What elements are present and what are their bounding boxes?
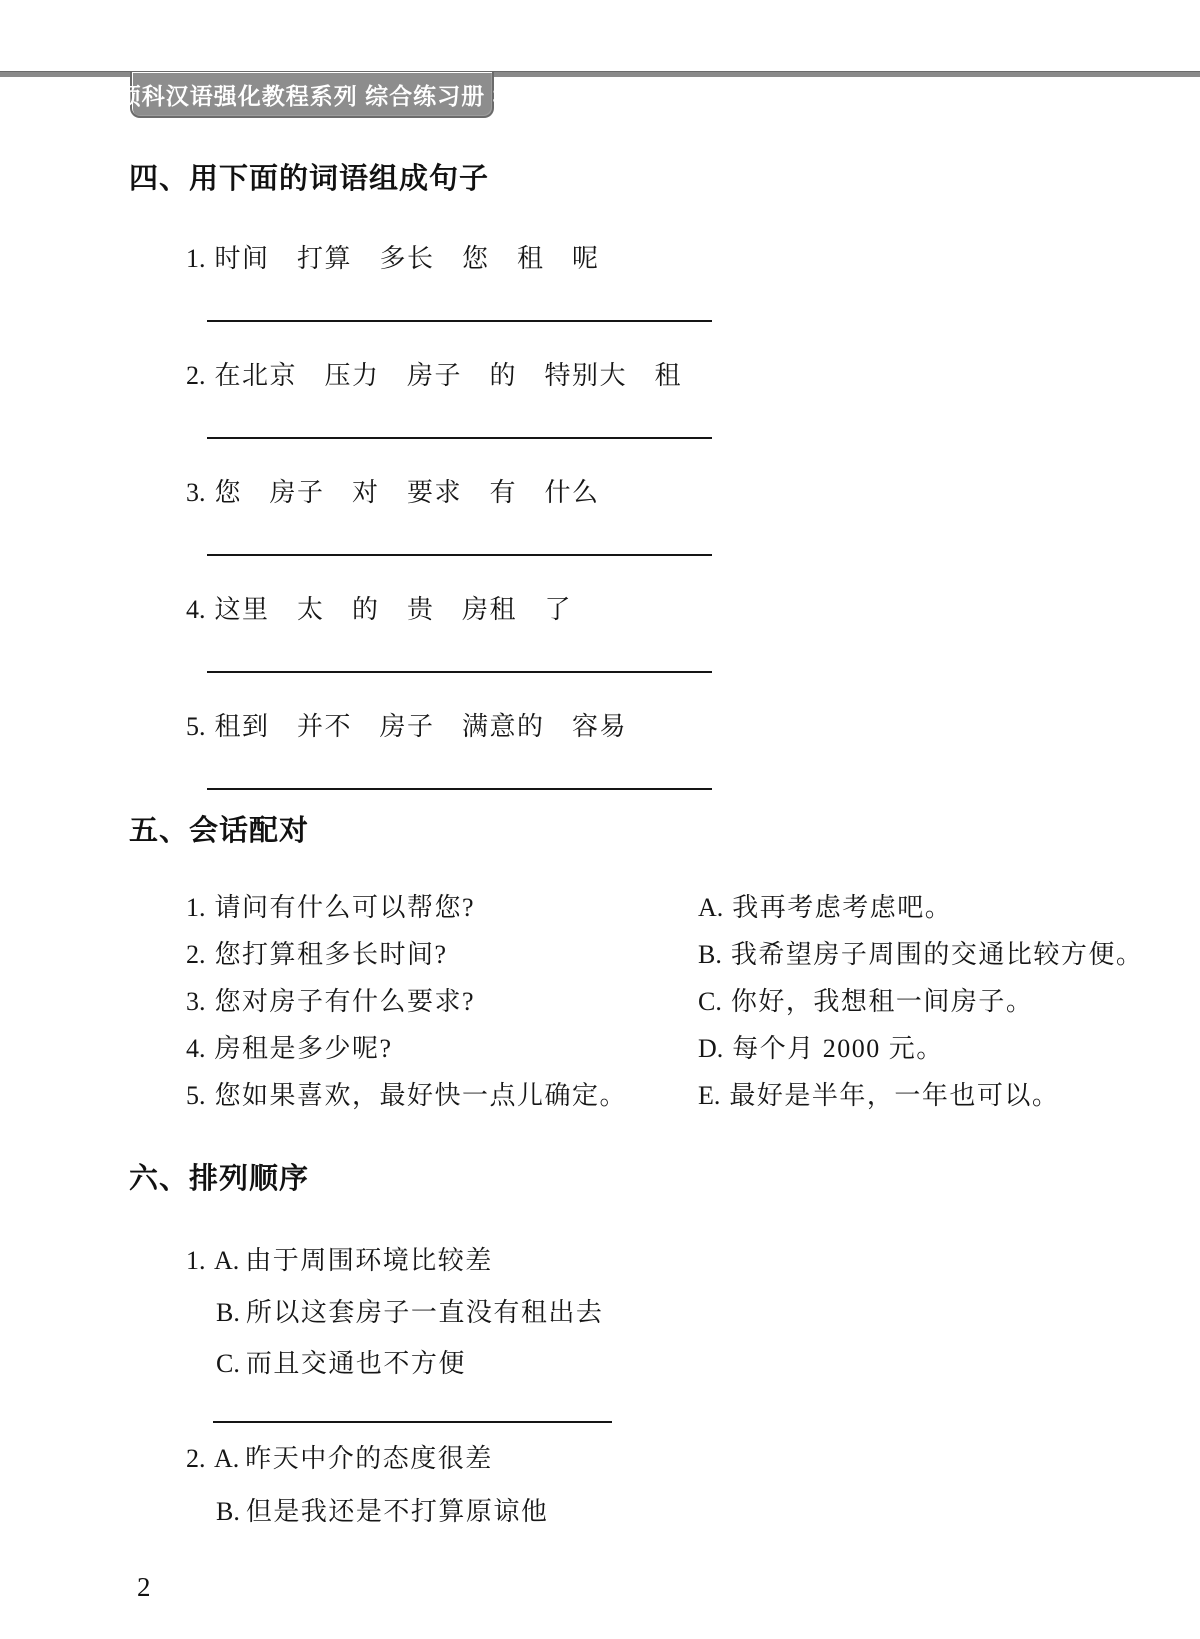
header-series-title: 预科汉语强化教程系列 综合练习册 3 [118, 78, 507, 111]
word-item-1: 1.时间 打算 多长 您 租 呢 [186, 244, 600, 274]
item-words: 时间 打算 多长 您 租 呢 [215, 244, 600, 273]
question-text: 房租是多少呢? [215, 1034, 393, 1063]
item-words: 在北京 压力 房子 的 特别大 租 [215, 361, 683, 390]
section4-title: 四、用下面的词语组成句子 [129, 164, 489, 196]
word-item-4: 4.这里 太 的 贵 房租 了 [186, 595, 572, 625]
item-number: 2. [186, 1444, 214, 1474]
match-answer-B: B.我希望房子周围的交通比较方便。 [698, 940, 1143, 970]
item-number: 4. [186, 1034, 206, 1063]
match-question-1: 1.请问有什么可以帮您? [186, 893, 475, 923]
option-letter: B. [216, 1497, 240, 1526]
sequence-item-1-line-B: B.所以这套房子一直没有租出去 [216, 1298, 603, 1328]
item-number: 2. [186, 940, 206, 969]
item-number: 2. [186, 361, 206, 390]
question-text: 您对房子有什么要求? [215, 987, 476, 1016]
match-answer-E: E.最好是半年，一年也可以。 [698, 1081, 1059, 1111]
item-number: 4. [186, 595, 206, 624]
answer-line-4 [207, 671, 712, 673]
answer-text: 每个月 2000 元。 [732, 1034, 944, 1063]
answer-line-5 [207, 788, 712, 790]
question-text: 您如果喜欢，最好快一点儿确定。 [215, 1081, 628, 1110]
sequence-item-2-line-B: B.但是我还是不打算原谅他 [216, 1497, 548, 1527]
item-number: 3. [186, 478, 206, 507]
item-letter: E. [698, 1081, 720, 1110]
item-words: 租到 并不 房子 满意的 容易 [215, 712, 628, 741]
word-item-5: 5.租到 并不 房子 满意的 容易 [186, 712, 627, 742]
item-number: 5. [186, 712, 206, 741]
option-letter: A. [214, 1444, 239, 1473]
match-answer-C: C.你好，我想租一间房子。 [698, 987, 1033, 1017]
workbook-page: 预科汉语强化教程系列 综合练习册 3 四、用下面的词语组成句子 1.时间 打算 … [0, 0, 1200, 1639]
header-series-tab: 预科汉语强化教程系列 综合练习册 3 [130, 72, 494, 118]
option-text: 而且交通也不方便 [246, 1349, 466, 1378]
item-words: 您 房子 对 要求 有 什么 [215, 478, 600, 507]
answer-text: 我再考虑考虑吧。 [732, 893, 952, 922]
answer-line-3 [207, 554, 712, 556]
option-letter: B. [216, 1298, 240, 1327]
answer-line-2 [207, 437, 712, 439]
item-number: 3. [186, 987, 206, 1016]
match-answer-D: D.每个月 2000 元。 [698, 1034, 944, 1064]
item-letter: D. [698, 1034, 723, 1063]
option-text: 但是我还是不打算原谅他 [246, 1497, 549, 1526]
option-letter: A. [214, 1246, 239, 1275]
item-words: 这里 太 的 贵 房租 了 [215, 595, 573, 624]
question-text: 请问有什么可以帮您? [215, 893, 476, 922]
match-question-5: 5.您如果喜欢，最好快一点儿确定。 [186, 1081, 627, 1111]
answer-text: 我希望房子周围的交通比较方便。 [731, 940, 1144, 969]
answer-line-1 [207, 320, 712, 322]
section6-title: 六、排列顺序 [129, 1164, 309, 1196]
question-text: 您打算租多长时间? [215, 940, 448, 969]
option-text: 由于周围环境比较差 [245, 1246, 493, 1275]
word-item-2: 2.在北京 压力 房子 的 特别大 租 [186, 361, 682, 391]
sequence-item-2-line-A: 2.A.昨天中介的态度很差 [186, 1444, 493, 1474]
option-letter: C. [216, 1349, 240, 1378]
word-item-3: 3.您 房子 对 要求 有 什么 [186, 478, 600, 508]
option-text: 昨天中介的态度很差 [245, 1444, 493, 1473]
sequence-item-1-line-A: 1.A.由于周围环境比较差 [186, 1246, 493, 1276]
answer-text: 你好，我想租一间房子。 [731, 987, 1034, 1016]
item-letter: A. [698, 893, 723, 922]
item-letter: B. [698, 940, 722, 969]
item-number: 1. [186, 893, 206, 922]
answer-line-6-1 [213, 1421, 612, 1423]
option-text: 所以这套房子一直没有租出去 [246, 1298, 604, 1327]
match-answer-A: A.我再考虑考虑吧。 [698, 893, 952, 923]
match-question-3: 3.您对房子有什么要求? [186, 987, 475, 1017]
item-number: 5. [186, 1081, 206, 1110]
item-number: 1. [186, 244, 206, 273]
page-number: 2 [137, 1572, 151, 1603]
item-number: 1. [186, 1246, 214, 1276]
item-letter: C. [698, 987, 722, 1016]
answer-text: 最好是半年，一年也可以。 [729, 1081, 1059, 1110]
section5-title: 五、会话配对 [129, 816, 309, 848]
sequence-item-1-line-C: C.而且交通也不方便 [216, 1349, 466, 1379]
match-question-4: 4.房租是多少呢? [186, 1034, 393, 1064]
match-question-2: 2.您打算租多长时间? [186, 940, 448, 970]
